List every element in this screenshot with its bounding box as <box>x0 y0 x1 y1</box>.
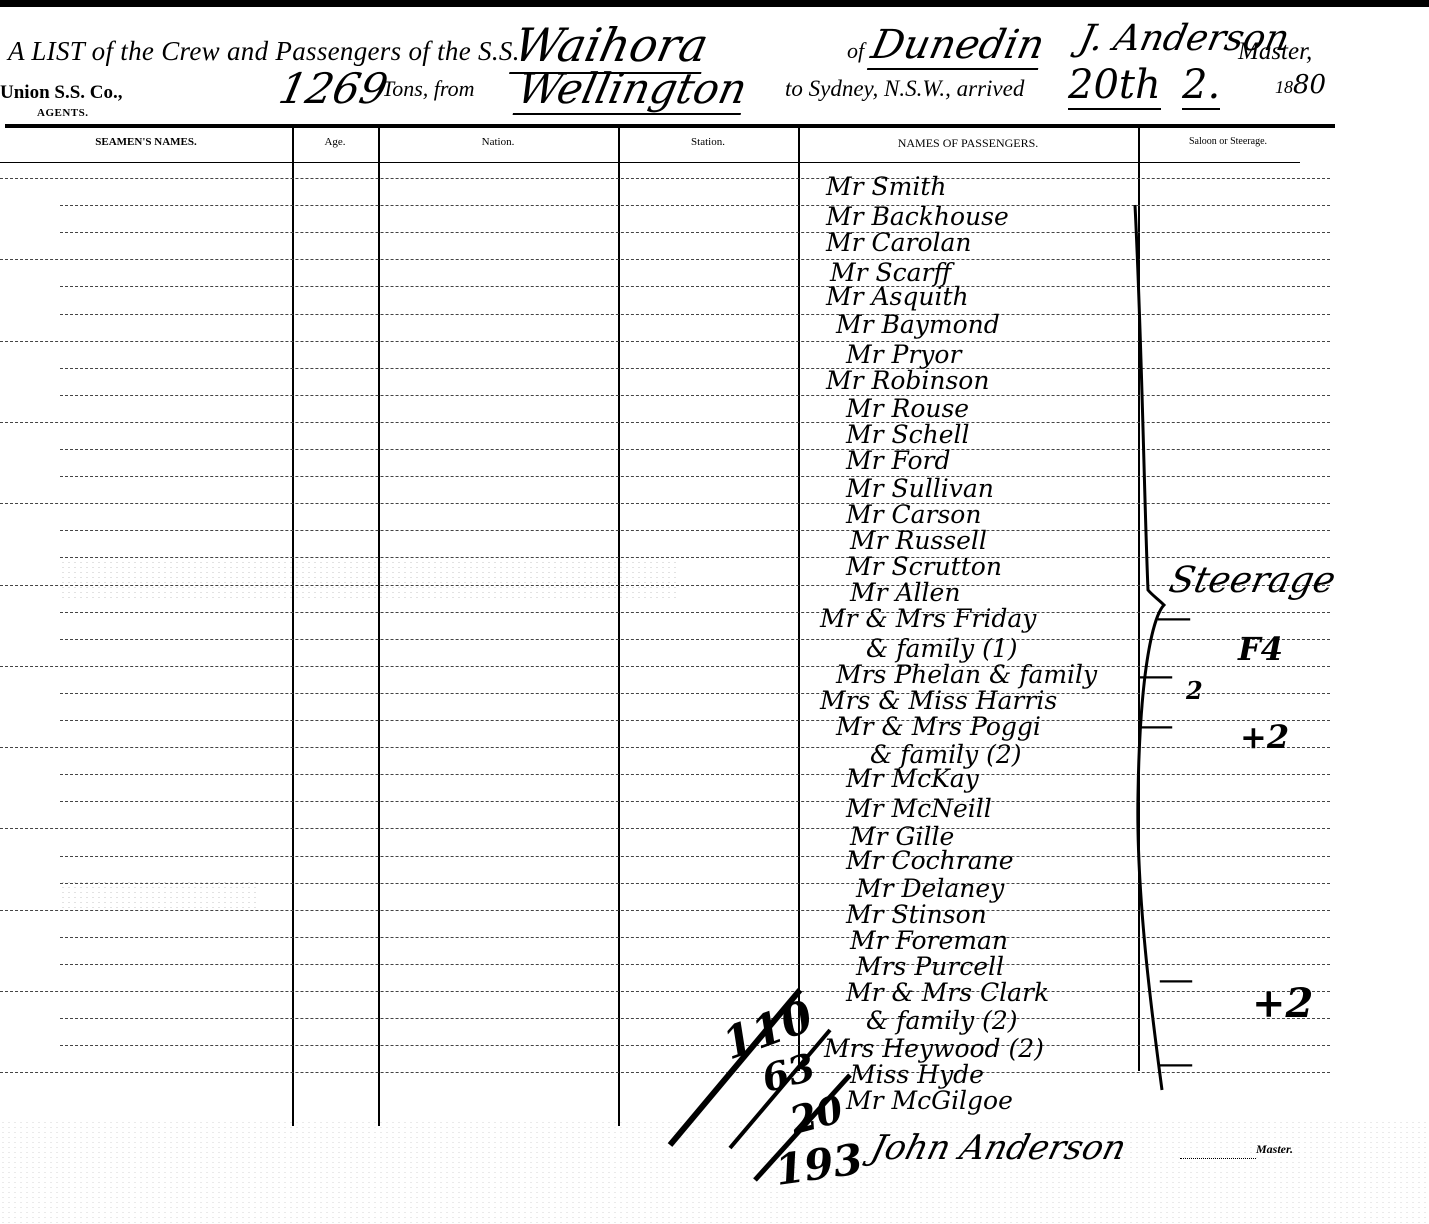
passenger-entry: Mr Baymond <box>836 310 1000 339</box>
passenger-entry: & family (1) <box>866 634 1018 663</box>
header-rule <box>5 124 1335 128</box>
family-count-mark: F4 <box>1238 630 1283 668</box>
column-divider <box>292 126 294 1126</box>
passenger-entry: Mr Allen <box>850 578 960 607</box>
agent-name: Union S.S. Co., <box>0 82 123 104</box>
passenger-entry: Mr Pryor <box>846 340 961 369</box>
passenger-entry: Mr Sullivan <box>846 474 994 503</box>
scan-noise <box>60 560 680 600</box>
column-divider <box>378 126 380 1126</box>
passenger-entry: Mr Scrutton <box>846 552 1002 581</box>
column-header-age: Age. <box>292 136 378 148</box>
home-port: Dunedin <box>867 22 1049 70</box>
passenger-entry: Mr Carson <box>846 500 981 529</box>
passenger-entry: Mr Smith <box>826 172 946 201</box>
arrival-month: 2. <box>1182 62 1220 110</box>
column-header-seamens-names: SEAMEN'S NAMES. <box>0 136 292 148</box>
signature-line <box>1180 1158 1256 1159</box>
master-signature: John Anderson <box>867 1128 1130 1168</box>
arrival-year-handwritten: 80 <box>1293 70 1326 100</box>
tick-mark: — <box>1160 960 1192 997</box>
family-count-mark: +2 <box>1240 718 1289 756</box>
passenger-entry: Mr Robinson <box>826 366 989 395</box>
column-divider <box>618 126 620 1126</box>
passenger-entry: Mr Asquith <box>826 282 969 311</box>
column-header-station: Station. <box>618 136 798 148</box>
passenger-entry: Mrs Phelan & family <box>836 660 1097 689</box>
passenger-entry: Mr McKay <box>846 764 979 793</box>
passenger-entry: Mrs Purcell <box>856 952 1004 981</box>
family-count-mark: 2 <box>1186 676 1203 705</box>
destination-label: to Sydney, N.S.W., arrived <box>785 76 1024 102</box>
arrival-year-printed: 18 <box>1275 77 1293 97</box>
passenger-entry: Mr Foreman <box>850 926 1008 955</box>
passenger-entry: Mr Rouse <box>846 394 969 423</box>
passenger-entry: Mrs & Miss Harris <box>820 686 1057 715</box>
tick-mark: — <box>1140 656 1172 693</box>
passenger-entry: Mr Carolan <box>826 228 972 257</box>
ruled-row-line <box>0 178 1330 179</box>
tick-mark: — <box>1140 706 1172 743</box>
arrival-day: 20th <box>1068 62 1161 110</box>
column-divider <box>798 126 800 1071</box>
passenger-entry: Mr Backhouse <box>826 202 1009 231</box>
passenger-entry: Mr Russell <box>850 526 987 555</box>
passenger-entry: Mr Stinson <box>846 900 987 929</box>
column-header-nation: Nation. <box>378 136 618 148</box>
tons-from-label: Tons, from <box>382 76 475 102</box>
passenger-entry: Mr Cochrane <box>846 846 1014 875</box>
of-label: of <box>847 38 864 64</box>
scan-noise <box>60 880 260 910</box>
tonnage: 1269 <box>275 64 392 113</box>
document-title: A LIST of the Crew and Passengers of the… <box>8 36 520 67</box>
tick-mark: — <box>1158 598 1190 635</box>
column-header-passenger-names: NAMES OF PASSENGERS. <box>798 136 1138 151</box>
passenger-entry: Mr & Mrs Friday <box>820 604 1036 633</box>
agents-label: AGENTS. <box>37 107 89 119</box>
from-port: Wellington <box>513 64 752 115</box>
tick-mark: — <box>1160 1044 1192 1081</box>
header-underline <box>0 162 1300 163</box>
master-label: Master, <box>1238 38 1312 66</box>
column-header-saloon-steerage: Saloon or Steerage. <box>1138 136 1318 147</box>
family-count-mark: +2 <box>1252 980 1313 1027</box>
steerage-annotation: Steerage <box>1166 560 1339 601</box>
passenger-entry: & family (2) <box>866 1006 1018 1035</box>
arrival-year: 1880 <box>1275 70 1326 100</box>
passenger-entry: Mr Delaney <box>856 874 1004 903</box>
signature-master-label: Master. <box>1256 1142 1293 1157</box>
passenger-entry: Mr Schell <box>846 420 970 449</box>
passenger-entry: Mr & Mrs Poggi <box>836 712 1041 741</box>
passenger-entry: Mr Ford <box>846 446 950 475</box>
passenger-list-document: A LIST of the Crew and Passengers of the… <box>0 0 1429 1224</box>
passenger-entry: Mr McNeill <box>846 794 992 823</box>
scan-top-edge <box>0 0 1429 7</box>
